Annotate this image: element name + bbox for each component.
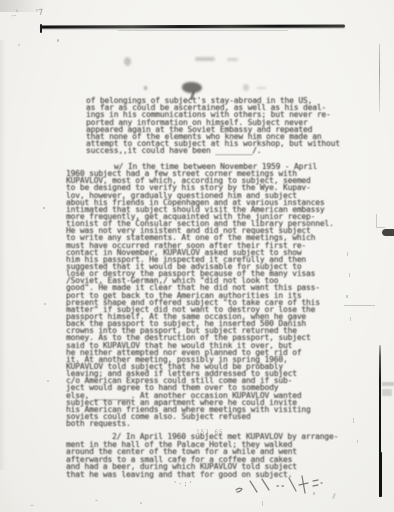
- speck: [18, 44, 20, 46]
- ink-smudge: [227, 58, 238, 61]
- margin-tick: [353, 418, 354, 423]
- ink-smudge: [257, 87, 266, 89]
- speck: [95, 500, 98, 501]
- faint-corner-mark: [376, 214, 385, 228]
- edge-gray-streak: [382, 382, 394, 386]
- handwritten-scribble: [232, 473, 324, 501]
- faint-stamp-number: 151 65: [196, 429, 224, 436]
- speck: [44, 303, 46, 305]
- photocopy-edge-shade: [0, 40, 6, 470]
- edge-artifact-line-bottom: [379, 452, 382, 497]
- margin-tick: [357, 440, 358, 443]
- speck: [43, 207, 45, 209]
- bottom-tick: [262, 501, 263, 506]
- margin-tick: [347, 252, 348, 256]
- ink-smudge: [144, 86, 147, 90]
- faint-typed-mark: '-:': [173, 480, 194, 488]
- pencil-mark: ..': [11, 9, 19, 19]
- margin-tick: [349, 273, 350, 277]
- paragraph-1: of belongings of subject's stay-abroad i…: [86, 97, 352, 155]
- speck: [30, 505, 34, 506]
- paragraph-2: w/ In the time between November 1959 - A…: [66, 163, 350, 427]
- speck: [57, 39, 59, 42]
- ink-smudge: [195, 57, 215, 61]
- rule-echo-line: [118, 30, 288, 31]
- edge-artifact-blob: [382, 229, 394, 236]
- speck: [332, 493, 336, 499]
- margin-tick: [346, 295, 348, 298]
- speck: [313, 492, 315, 495]
- ink-smudge: [124, 57, 131, 66]
- rule-left-hook: [40, 24, 42, 33]
- pencil-mark: '7: [36, 8, 44, 18]
- ink-smudge: [243, 84, 249, 91]
- edge-gray-streak: [382, 389, 392, 396]
- speck: [140, 502, 142, 504]
- faint-dash: [344, 305, 375, 306]
- scanned-document-page: ..' '7 of belongings of subject's stay-a…: [0, 0, 394, 512]
- faint-vertical-line: [379, 44, 380, 112]
- margin-tick: [350, 317, 351, 321]
- speck: [47, 380, 49, 382]
- paragraph-3: 2/ In April 1960 subject met KUPAVLOV by…: [66, 433, 350, 479]
- top-horizontal-rule: [40, 25, 345, 29]
